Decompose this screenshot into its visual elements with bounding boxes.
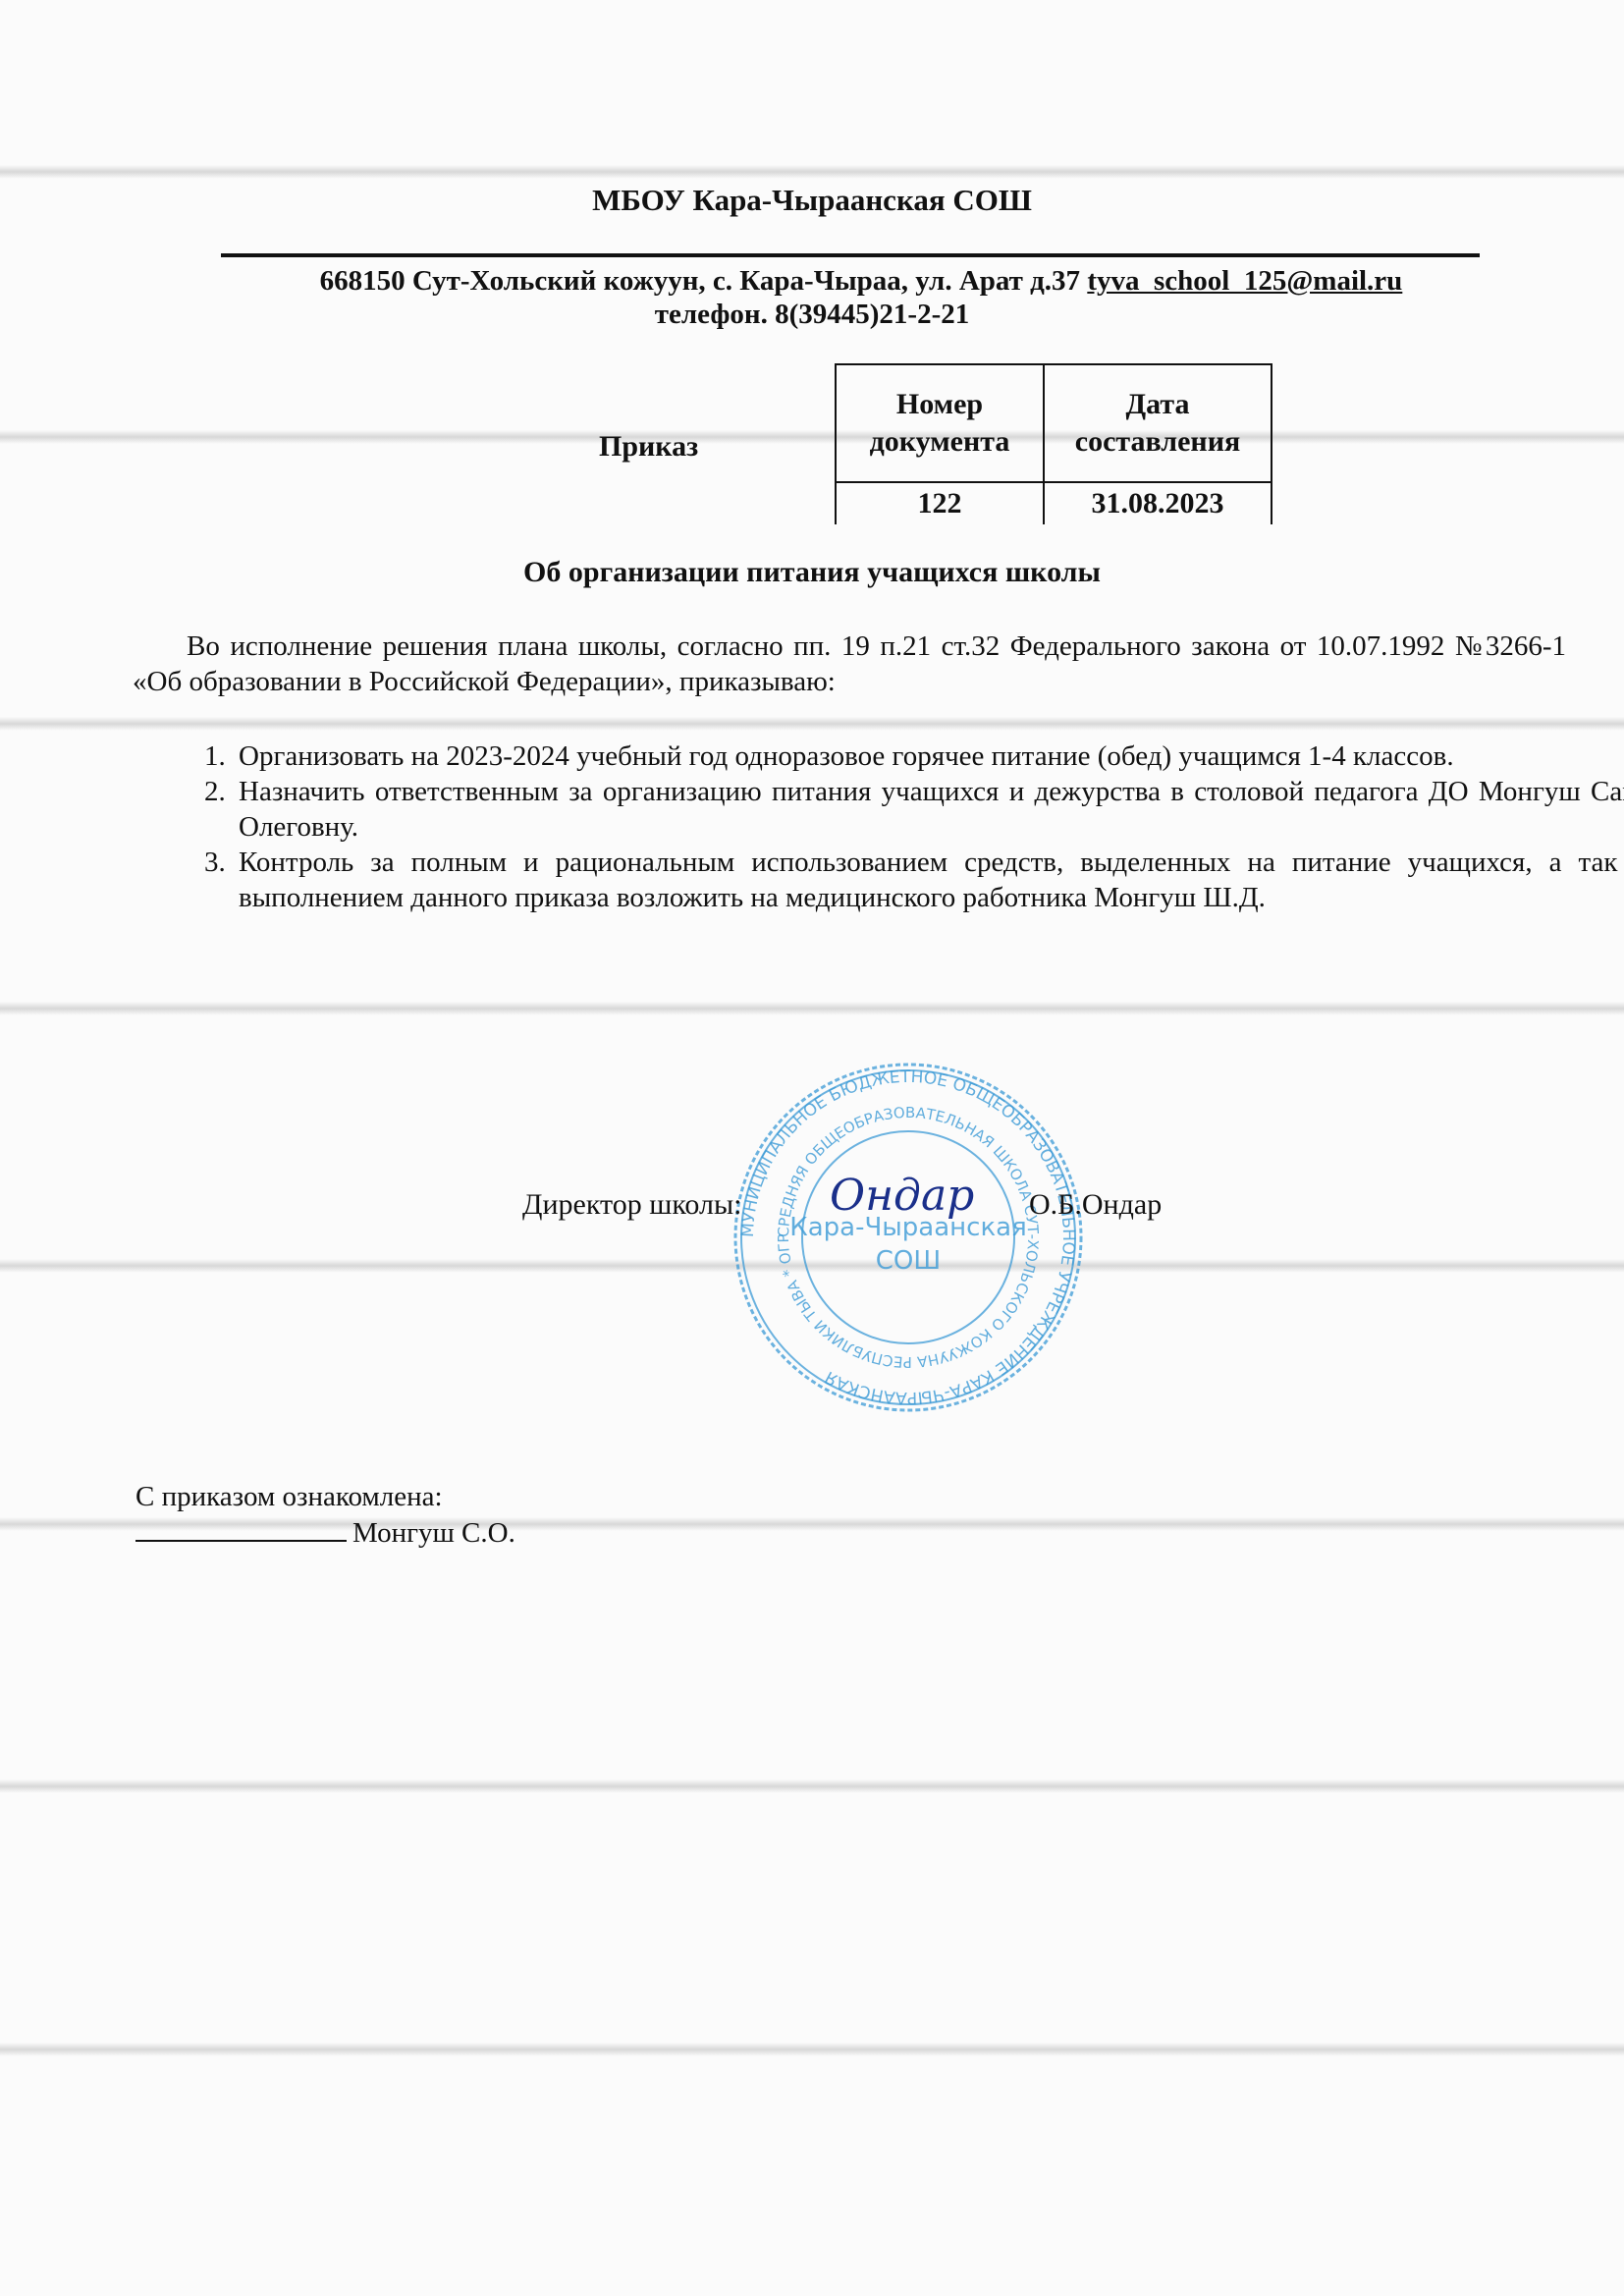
official-stamp-icon: МУНИЦИПАЛЬНОЕ БЮДЖЕТНОЕ ОБЩЕОБРАЗОВАТЕЛЬ… (731, 1061, 1085, 1414)
order-item: Организовать на 2023-2024 учебный год од… (233, 738, 1624, 774)
doc-number: 122 (836, 482, 1044, 524)
handwritten-signature: Ондар (830, 1171, 974, 1221)
scan-streak (0, 1002, 1624, 1015)
acknowledgement-signature-line: Монгуш С.О. (135, 1514, 515, 1550)
document-info-table: Номер документа Дата составления 122 31.… (835, 363, 1272, 524)
order-item: Контроль за полным и рациональным исполь… (233, 845, 1624, 915)
order-subject: Об организации питания учащихся школы (0, 556, 1624, 589)
signature-blank (135, 1514, 347, 1542)
doc-number-header: Номер документа (836, 364, 1044, 482)
scan-streak (0, 2043, 1624, 2056)
school-phone: телефон. 8(39445)21-2-21 (0, 299, 1624, 331)
header-divider (221, 253, 1480, 257)
school-address: 668150 Сут-Хольский кожуун, с. Кара-Чыра… (196, 265, 1526, 298)
scan-streak (0, 717, 1624, 731)
svg-text:СОШ: СОШ (876, 1246, 941, 1276)
scan-streak (0, 430, 1624, 444)
order-item: Назначить ответственным за организацию п… (233, 774, 1624, 845)
doc-date: 31.08.2023 (1044, 482, 1272, 524)
school-name: МБОУ Кара-Чыраанская СОШ (0, 183, 1624, 218)
order-intro: Во исполнение решения плана школы, согла… (133, 629, 1566, 699)
email-link[interactable]: tyva_school_125@mail.ru (1087, 265, 1402, 297)
acknowledgement-label: С приказом ознакомлена: (135, 1481, 443, 1513)
doc-date-header: Дата составления (1044, 364, 1272, 482)
director-name: О.Б.Ондар (1029, 1188, 1162, 1222)
director-label: Директор школы: (522, 1188, 741, 1222)
scan-streak (0, 165, 1624, 179)
order-items-list: Организовать на 2023-2024 учебный год од… (133, 738, 1624, 915)
address-text: 668150 Сут-Хольский кожуун, с. Кара-Чыра… (320, 265, 1080, 297)
acknowledged-person: Монгуш С.О. (352, 1517, 515, 1549)
scan-streak (0, 1779, 1624, 1793)
order-label: Приказ (599, 430, 698, 464)
